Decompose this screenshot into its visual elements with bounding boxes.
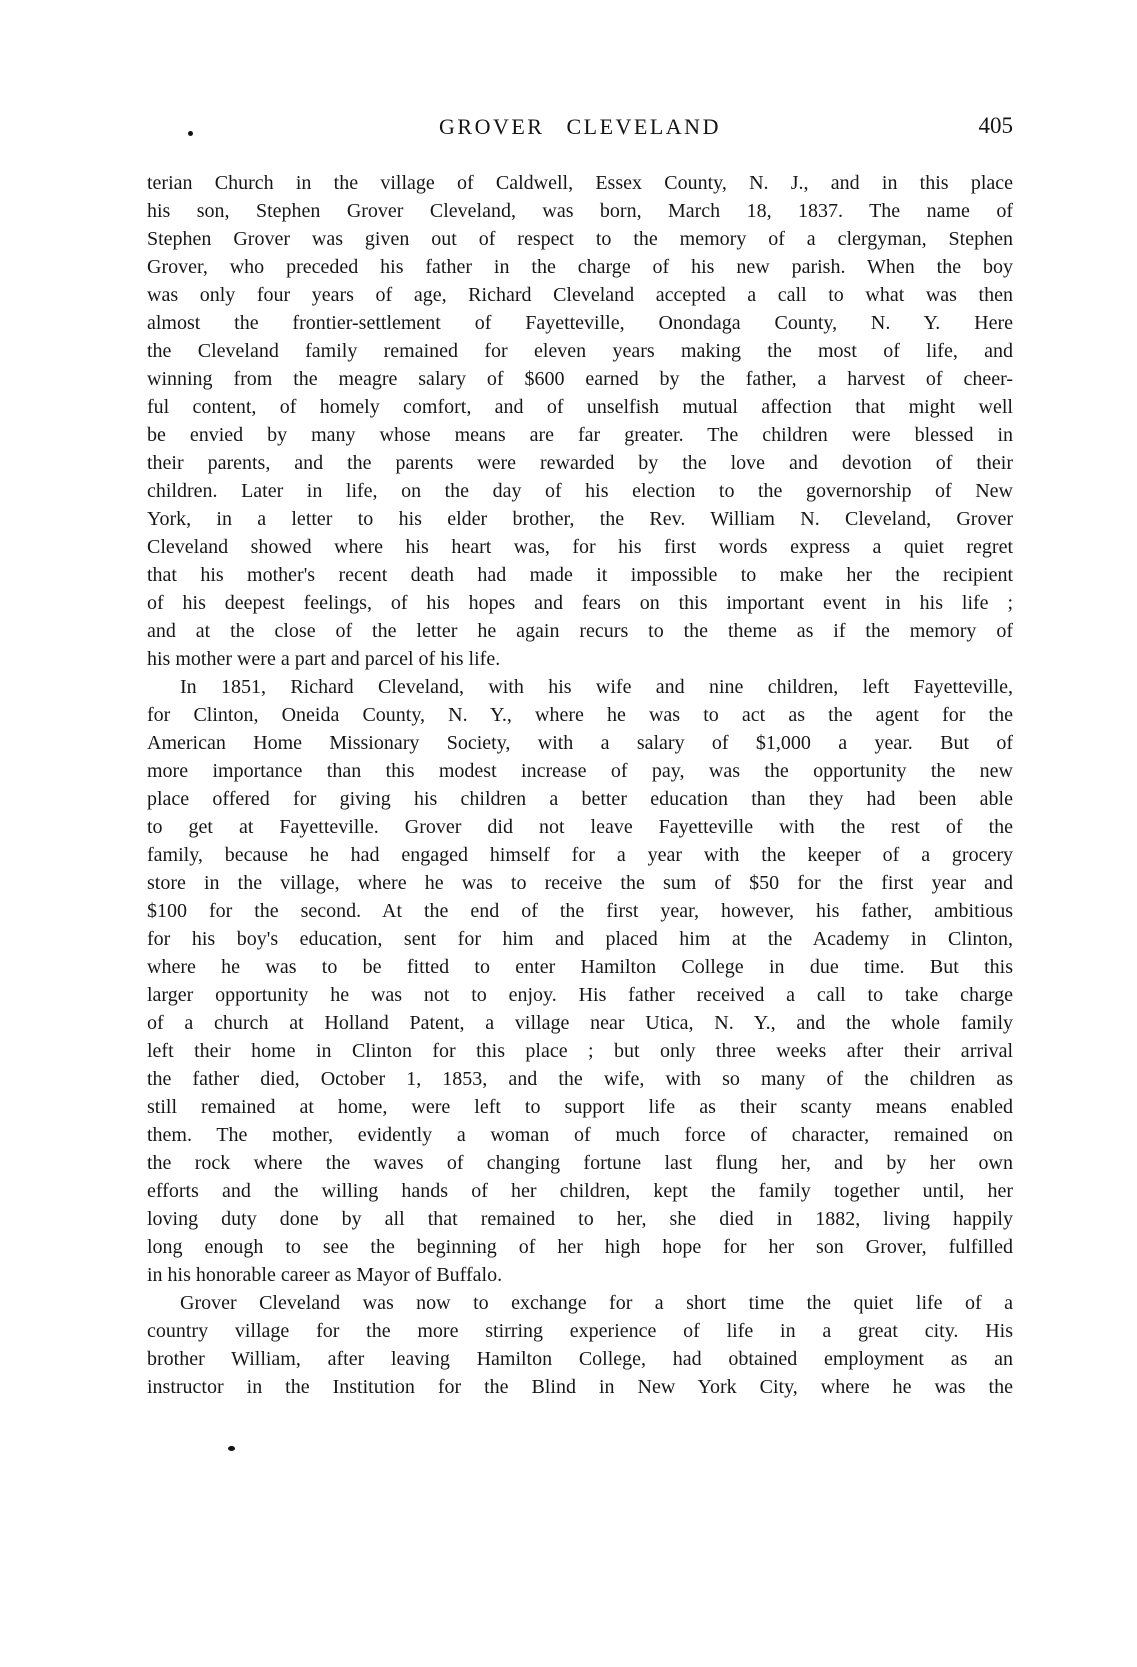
text-line: place offered for giving his children a … (147, 785, 1013, 813)
text-line: winning from the meagre salary of $600 e… (147, 365, 1013, 393)
text-line: instructor in the Institution for the Bl… (147, 1373, 1013, 1401)
text-line: in his honorable career as Mayor of Buff… (147, 1261, 1013, 1289)
text-line: of a church at Holland Patent, a village… (147, 1009, 1013, 1037)
text-line: Grover Cleveland was now to exchange for… (147, 1289, 1013, 1317)
text-line: for Clinton, Oneida County, N. Y., where… (147, 701, 1013, 729)
text-line: left their home in Clinton for this plac… (147, 1037, 1013, 1065)
text-line: them. The mother, evidently a woman of m… (147, 1121, 1013, 1149)
text-line: Grover, who preceded his father in the c… (147, 253, 1013, 281)
text-line: Stephen Grover was given out of respect … (147, 225, 1013, 253)
text-line: $100 for the second. At the end of the f… (147, 897, 1013, 925)
text-line: that his mother's recent death had made … (147, 561, 1013, 589)
text-line: American Home Missionary Society, with a… (147, 729, 1013, 757)
running-head: GROVER CLEVELAND 405 (147, 114, 1013, 144)
text-line: still remained at home, were left to sup… (147, 1093, 1013, 1121)
running-title: GROVER CLEVELAND (147, 114, 1013, 140)
text-line: his son, Stephen Grover Cleveland, was b… (147, 197, 1013, 225)
ink-speck-top (188, 131, 193, 136)
text-line: almost the frontier-settlement of Fayett… (147, 309, 1013, 337)
ink-speck-bottom (228, 1446, 235, 1451)
text-block: terian Church in the village of Caldwell… (147, 169, 1013, 1401)
text-line: more importance than this modest increas… (147, 757, 1013, 785)
text-line: the father died, October 1, 1853, and th… (147, 1065, 1013, 1093)
text-line: to get at Fayetteville. Grover did not l… (147, 813, 1013, 841)
text-line: the Cleveland family remained for eleven… (147, 337, 1013, 365)
text-line: their parents, and the parents were rewa… (147, 449, 1013, 477)
text-line: be envied by many whose means are far gr… (147, 421, 1013, 449)
text-line: loving duty done by all that remained to… (147, 1205, 1013, 1233)
text-line: ful content, of homely comfort, and of u… (147, 393, 1013, 421)
text-line: York, in a letter to his elder brother, … (147, 505, 1013, 533)
page-number: 405 (979, 113, 1014, 139)
text-line: store in the village, where he was to re… (147, 869, 1013, 897)
text-line: family, because he had engaged himself f… (147, 841, 1013, 869)
text-line: In 1851, Richard Cleveland, with his wif… (147, 673, 1013, 701)
text-line: country village for the more stirring ex… (147, 1317, 1013, 1345)
text-line: for his boy's education, sent for him an… (147, 925, 1013, 953)
text-line: terian Church in the village of Caldwell… (147, 169, 1013, 197)
text-line: Cleveland showed where his heart was, fo… (147, 533, 1013, 561)
text-line: efforts and the willing hands of her chi… (147, 1177, 1013, 1205)
text-line: brother William, after leaving Hamilton … (147, 1345, 1013, 1373)
text-line: his mother were a part and parcel of his… (147, 645, 1013, 673)
text-line: where he was to be fitted to enter Hamil… (147, 953, 1013, 981)
text-line: was only four years of age, Richard Clev… (147, 281, 1013, 309)
text-line: larger opportunity he was not to enjoy. … (147, 981, 1013, 1009)
text-line: long enough to see the beginning of her … (147, 1233, 1013, 1261)
text-line: and at the close of the letter he again … (147, 617, 1013, 645)
text-line: of his deepest feelings, of his hopes an… (147, 589, 1013, 617)
text-line: children. Later in life, on the day of h… (147, 477, 1013, 505)
text-line: the rock where the waves of changing for… (147, 1149, 1013, 1177)
book-page: GROVER CLEVELAND 405 terian Church in th… (0, 0, 1137, 1667)
